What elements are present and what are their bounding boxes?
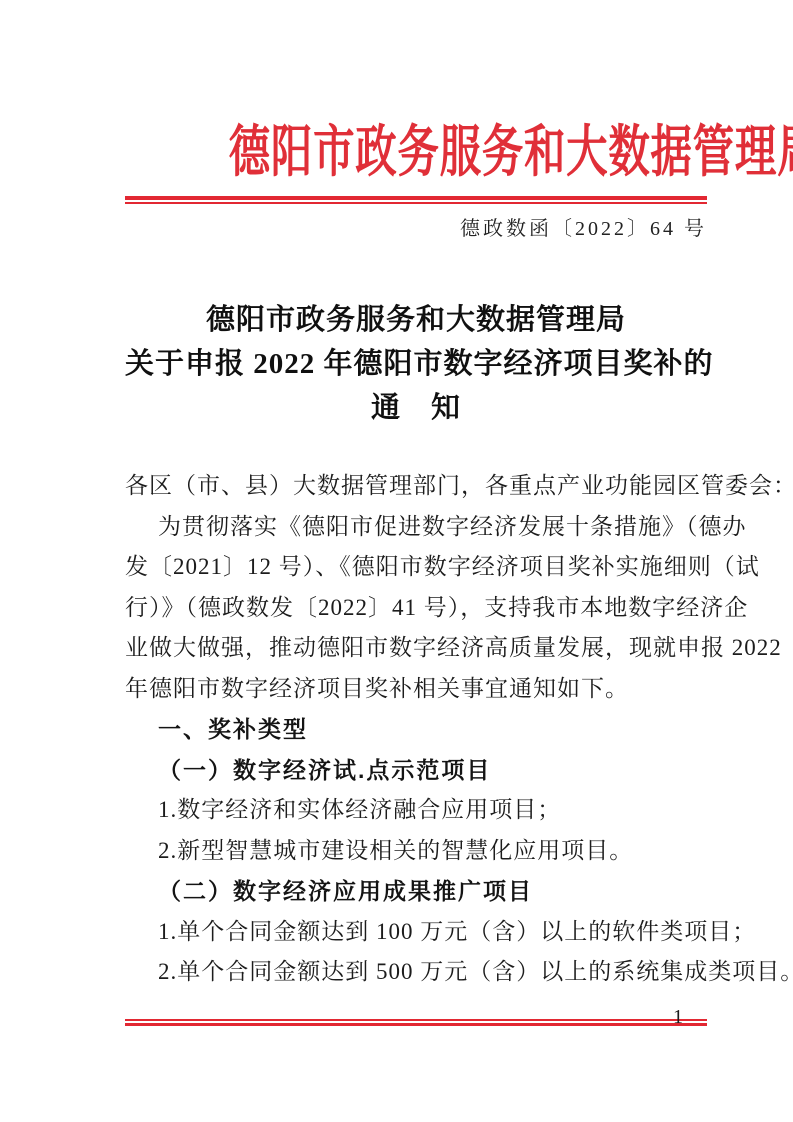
document-page: { "document": { "agency_header": "德阳市政务服… bbox=[0, 0, 793, 1122]
agency-masthead: 德阳市政务服务和大数据管理局 bbox=[125, 118, 707, 192]
page-number: 1 bbox=[673, 1005, 683, 1029]
subsection-heading-promotion-projects: （二）数字经济应用成果推广项目 bbox=[125, 871, 707, 912]
footer-rule bbox=[125, 1019, 707, 1026]
body-line: 为贯彻落实《德阳市促进数字经济发展十条措施》（德办 bbox=[125, 507, 707, 548]
page-content: 德阳市政务服务和大数据管理局 德政数函〔2022〕64 号 德阳市政务服务和大数… bbox=[125, 0, 707, 1122]
body-line: 业做大做强，推动德阳市数字经济高质量发展，现就申报 2022 bbox=[125, 628, 707, 669]
body-line: 年德阳市数字经济项目奖补相关事宜通知如下。 bbox=[125, 669, 707, 710]
notice-title-line-3: 通 知 bbox=[125, 386, 707, 430]
notice-title: 德阳市政务服务和大数据管理局 关于申报 2022 年德阳市数字经济项目奖补的 通… bbox=[125, 298, 707, 430]
agency-masthead-text: 德阳市政务服务和大数据管理局 bbox=[229, 118, 793, 188]
subsection-heading-pilot-projects: （一）数字经济试.点示范项目 bbox=[125, 750, 707, 791]
notice-title-line-2: 关于申报 2022 年德阳市数字经济项目奖补的 bbox=[125, 342, 707, 386]
list-item: 2.新型智慧城市建设相关的智慧化应用项目。 bbox=[125, 831, 707, 872]
document-number: 德政数函〔2022〕64 号 bbox=[125, 216, 707, 242]
section-heading-reward-types: 一、奖补类型 bbox=[125, 709, 707, 750]
masthead-rule bbox=[125, 196, 707, 204]
body-line-salutation: 各区（市、县）大数据管理部门，各重点产业功能园区管委会： bbox=[125, 466, 707, 507]
body-line: 发〔2021〕12 号）、《德阳市数字经济项目奖补实施细则（试 bbox=[125, 547, 707, 588]
list-item: 1.数字经济和实体经济融合应用项目； bbox=[125, 790, 707, 831]
notice-body: 各区（市、县）大数据管理部门，各重点产业功能园区管委会： 为贯彻落实《德阳市促进… bbox=[125, 466, 707, 993]
list-item: 2.单个合同金额达到 500 万元（含）以上的系统集成类项目。 bbox=[125, 952, 707, 993]
notice-title-line-1: 德阳市政务服务和大数据管理局 bbox=[125, 298, 707, 342]
body-line: 行）》（德政数发〔2022〕41 号），支持我市本地数字经济企 bbox=[125, 588, 707, 629]
list-item: 1.单个合同金额达到 100 万元（含）以上的软件类项目； bbox=[125, 912, 707, 953]
